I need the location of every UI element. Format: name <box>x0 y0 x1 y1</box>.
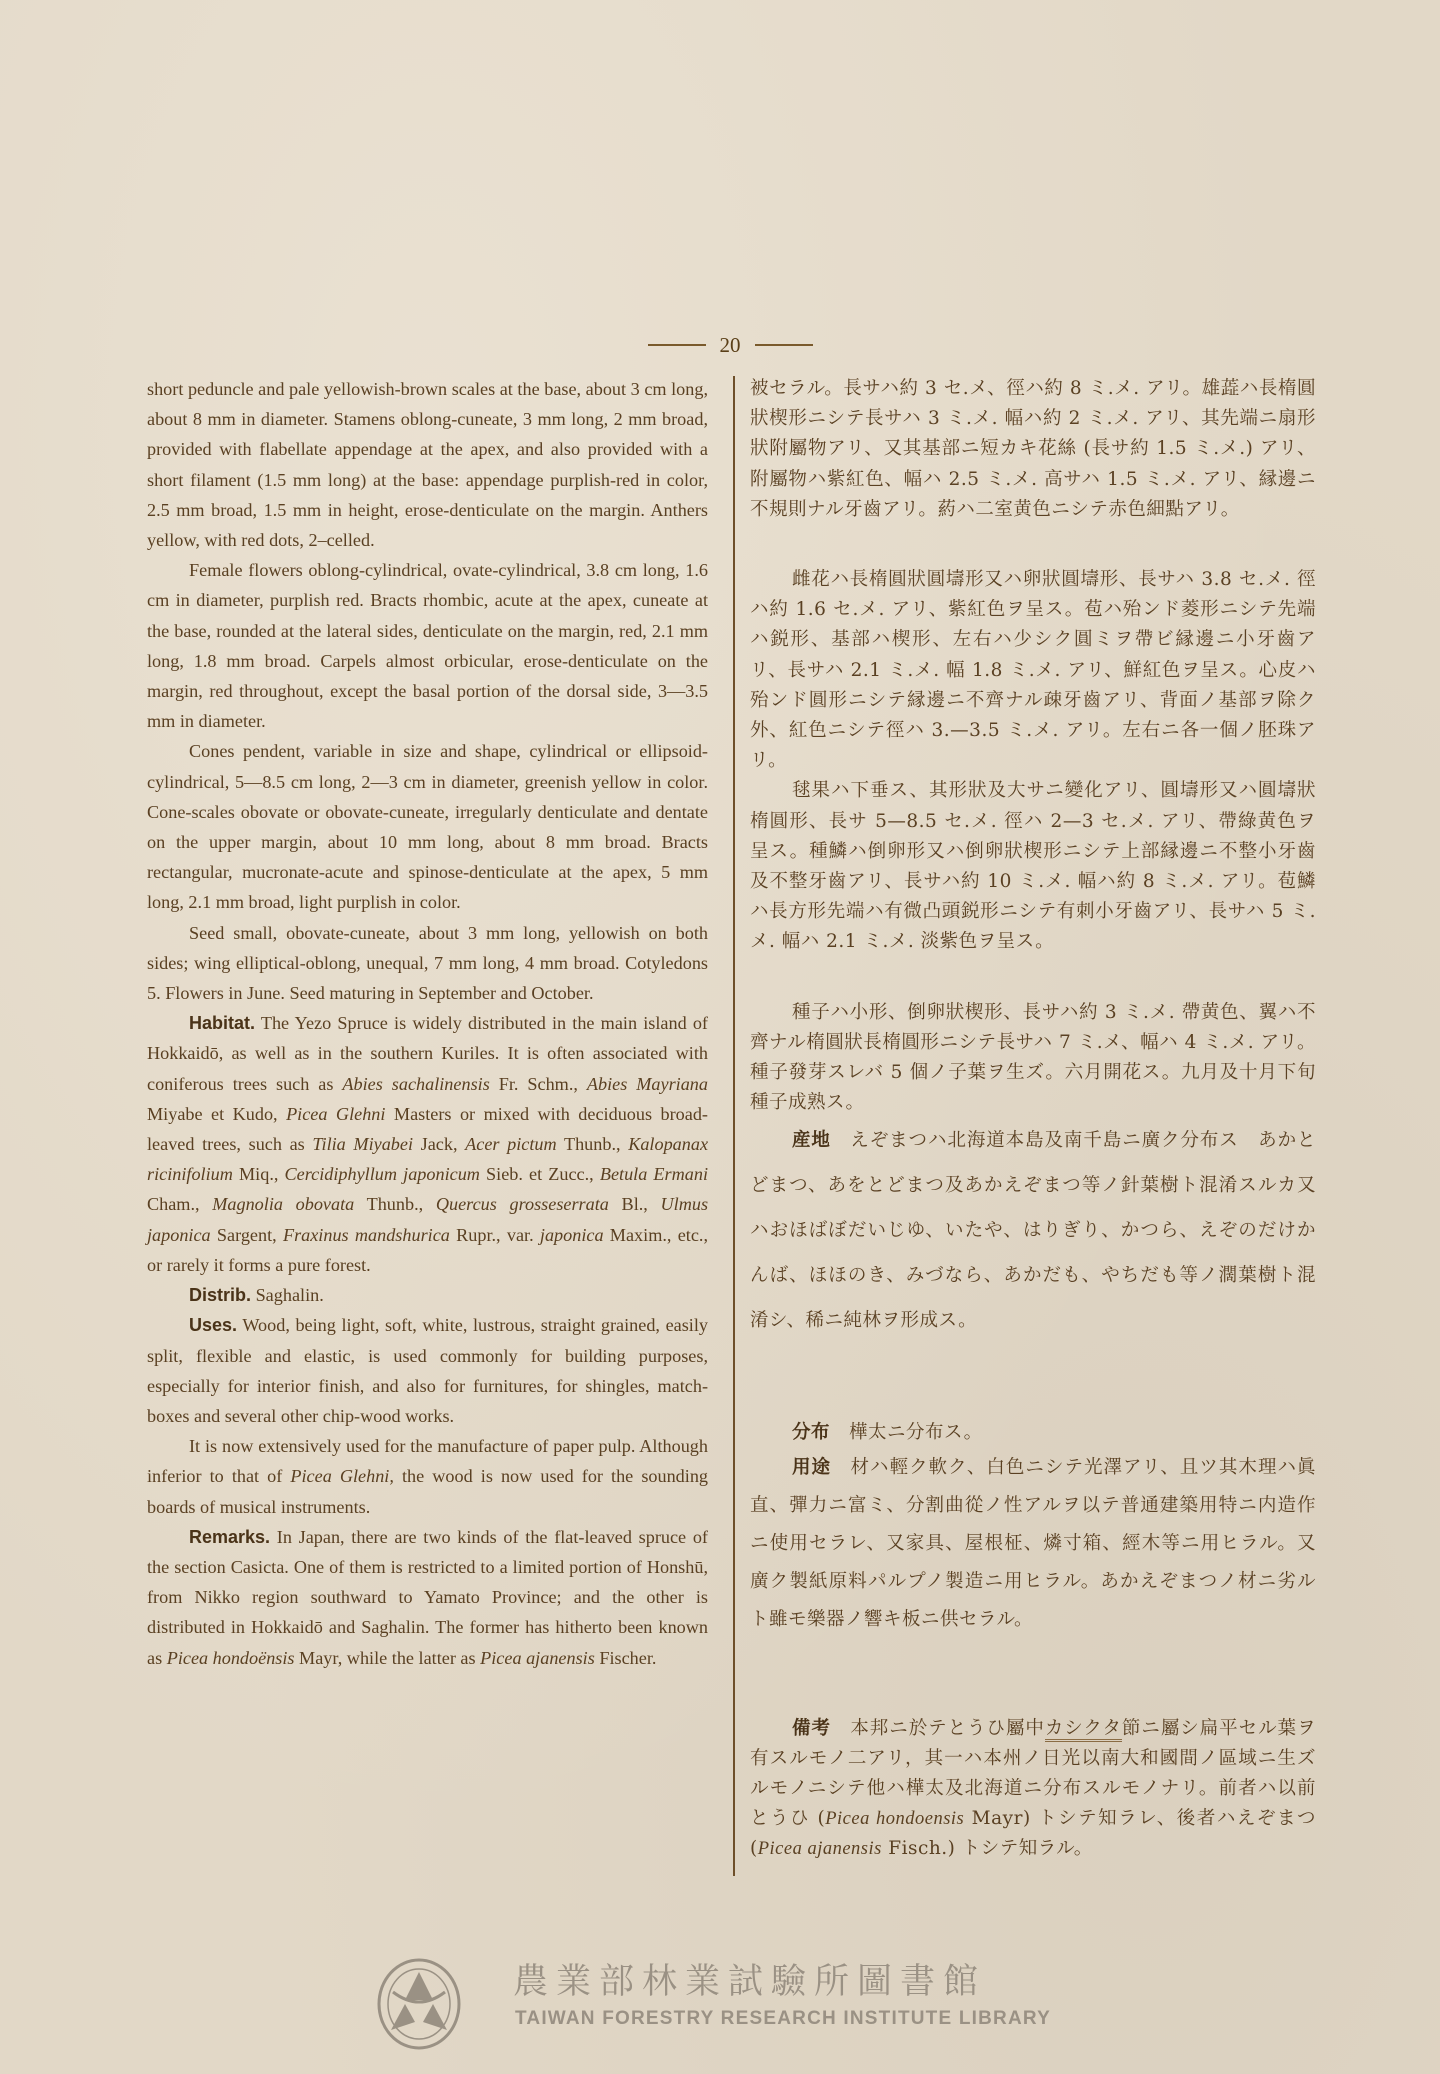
jp-uses-paragraph: 用途 材ハ輕ク軟ク、白色ニシテ光澤アリ、且ツ其木理ハ眞直、彈力ニ富ミ、分割曲從ノ… <box>750 1449 1316 1639</box>
species-name: Picea Glehni <box>286 1104 385 1124</box>
distrib-text: Saghalin. <box>251 1285 324 1305</box>
column-divider <box>733 376 735 1876</box>
remarks-text: In Japan, there are two kinds of the fla… <box>147 1527 708 1668</box>
habitat-heading: Habitat. <box>189 1013 255 1033</box>
habitat-text: Bl., <box>609 1194 661 1214</box>
species-name: Picea hondoënsis <box>167 1648 295 1668</box>
habitat-text: Rupr., var. <box>450 1225 540 1245</box>
library-emblem-icon: 1896 <box>375 1952 463 2052</box>
species-name: Magnolia obovata <box>212 1194 354 1214</box>
habitat-text: Sieb. et Zucc., <box>480 1164 600 1184</box>
species-name: Tilia Miyabei <box>312 1134 413 1154</box>
species-name: Picea Glehni, <box>290 1466 394 1486</box>
jp-distrib-paragraph: 分布 樺太ニ分布ス。 <box>750 1418 1316 1448</box>
habitat-text: Jack, <box>413 1134 465 1154</box>
habitat-text: Sargent, <box>211 1225 283 1245</box>
page-number: 20 <box>720 333 741 358</box>
jp-stamen-paragraph: 被セラル。長サハ約 3 セ.メ、徑ハ約 8 ミ.メ. アリ。雄蕋ハ長楕圓狀楔形ニ… <box>750 374 1316 525</box>
header-rule-left <box>648 344 706 346</box>
remarks-text: Mayr, while the latter as <box>295 1648 481 1668</box>
uses-paragraph: Uses. Wood, being light, soft, white, lu… <box>147 1310 708 1431</box>
species-name: Picea ajanensis <box>758 1839 882 1859</box>
species-name: Quercus grosseserrata <box>436 1194 609 1214</box>
remarks-heading: Remarks. <box>189 1527 270 1547</box>
species-name: Betula Ermani <box>600 1164 708 1184</box>
scanned-page: 20 short peduncle and pale yellowish-bro… <box>0 0 1440 2074</box>
seed-paragraph: Seed small, obovate-cuneate, about 3 mm … <box>147 918 708 1009</box>
distrib-paragraph: Distrib. Saghalin. <box>147 1280 708 1310</box>
english-column: short peduncle and pale yellowish-brown … <box>147 374 708 1673</box>
svg-text:1896: 1896 <box>409 2027 429 2036</box>
species-name: Picea ajanensis <box>480 1648 595 1668</box>
habitat-text: Thunb., <box>354 1194 436 1214</box>
species-name: Acer pictum <box>465 1134 556 1154</box>
distrib-heading: Distrib. <box>189 1285 251 1305</box>
jp-habitat-paragraph: 産地 えぞまつハ北海道本島及南千島ニ廣ク分布ス あかとどまつ、あをとどまつ及あか… <box>750 1118 1316 1343</box>
cones-paragraph: Cones pendent, variable in size and shap… <box>147 736 708 917</box>
jp-remarks-heading: 備考 <box>792 1718 831 1739</box>
female-flowers-paragraph: Female flowers oblong-cylindrical, ovate… <box>147 555 708 736</box>
species-name: japonica <box>540 1225 604 1245</box>
pulp-paragraph: It is now extensively used for the manuf… <box>147 1431 708 1522</box>
jp-remarks-text: Fisch.) トシテ知ラル。 <box>882 1838 1093 1859</box>
habitat-text: Miyabe et Kudo, <box>147 1104 286 1124</box>
habitat-text: Miq., <box>233 1164 285 1184</box>
jp-seed-paragraph: 種子ハ小形、倒卵狀楔形、長サハ約 3 ミ.メ. 帶黄色、翼ハ不齊ナル楕圓狀長楕圓… <box>750 998 1316 1119</box>
page-header: 20 <box>640 330 820 360</box>
remarks-text: Fischer. <box>595 1648 657 1668</box>
section-name-underlined: カシクタ <box>1045 1718 1122 1742</box>
jp-remarks-text: 本邦ニ於テとうひ屬中 <box>831 1718 1045 1739</box>
habitat-text: Cham., <box>147 1194 212 1214</box>
stamen-paragraph: short peduncle and pale yellowish-brown … <box>147 374 708 555</box>
jp-distrib-text: 樺太ニ分布ス。 <box>830 1422 983 1443</box>
species-name: Cercidiphyllum japonicum <box>285 1164 480 1184</box>
jp-distrib-heading: 分布 <box>792 1422 830 1443</box>
species-name: Fraxinus mandshurica <box>283 1225 450 1245</box>
habitat-paragraph: Habitat. The Yezo Spruce is widely distr… <box>147 1008 708 1280</box>
jp-female-flowers-paragraph: 雌花ハ長楕圓狀圓壔形又ハ卵狀圓壔形、長サハ 3.8 セ.メ. 徑ハ約 1.6 セ… <box>750 565 1316 776</box>
japanese-column: 被セラル。長サハ約 3 セ.メ、徑ハ約 8 ミ.メ. アリ。雄蕋ハ長楕圓狀楔形ニ… <box>750 374 1316 1865</box>
header-rule-right <box>755 344 813 346</box>
jp-remarks-paragraph: 備考 本邦ニ於テとうひ屬中カシクタ節ニ屬シ扁平セル葉ヲ有スルモノ二アリ，其一ハ本… <box>750 1714 1316 1865</box>
jp-habitat-heading: 産地 <box>792 1130 831 1151</box>
jp-uses-text: 材ハ輕ク軟ク、白色ニシテ光澤アリ、且ツ其木理ハ眞直、彈力ニ富ミ、分割曲從ノ性アル… <box>750 1457 1316 1630</box>
jp-cones-paragraph: 毬果ハ下垂ス、其形狀及大サニ變化アリ、圓壔形又ハ圓壔狀楕圓形、長サ 5—8.5 … <box>750 776 1316 957</box>
uses-heading: Uses. <box>189 1315 237 1335</box>
habitat-text: Thunb., <box>557 1134 629 1154</box>
species-name: Abies sachalinensis <box>342 1074 489 1094</box>
species-name: Picea hondoensis <box>825 1809 964 1829</box>
species-name: Abies Mayriana <box>587 1074 708 1094</box>
jp-uses-heading: 用途 <box>792 1457 831 1478</box>
habitat-text: Fr. Schm., <box>490 1074 587 1094</box>
library-name-english: TAIWAN FORESTRY RESEARCH INSTITUTE LIBRA… <box>515 2008 1051 2030</box>
remarks-paragraph: Remarks. In Japan, there are two kinds o… <box>147 1522 708 1673</box>
library-watermark: 1896 農業部林業試驗所圖書館 TAIWAN FORESTRY RESEARC… <box>375 1952 1075 2057</box>
jp-habitat-text: えぞまつハ北海道本島及南千島ニ廣ク分布ス あかとどまつ、あをとどまつ及あかえぞま… <box>750 1130 1316 1331</box>
library-name-chinese: 農業部林業試驗所圖書館 <box>513 1954 986 2004</box>
